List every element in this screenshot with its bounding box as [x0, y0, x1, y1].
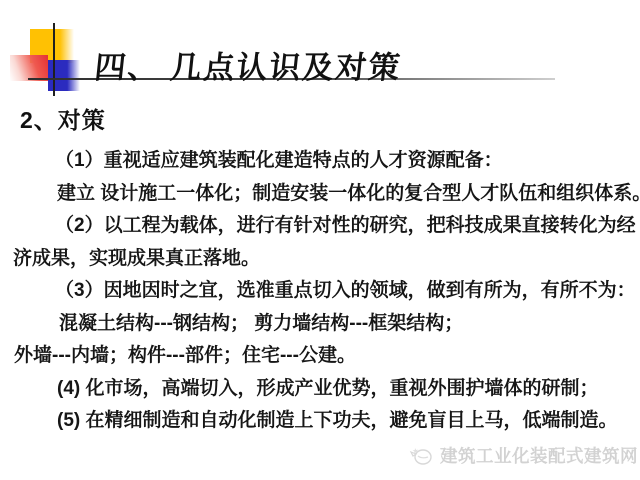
- slide: 四、 几点认识及对策 2、对策 （1）重视适应建筑装配化建造特点的人才资源配备：…: [0, 0, 640, 480]
- body-line-6: 混凝土结构---钢结构； 剪力墙结构---框架结构；: [59, 308, 463, 335]
- body-line-2: 建立 设计施工一体化；制造安装一体化的复合型人才队伍和组织体系。: [57, 178, 640, 205]
- body-line-8: (4) 化市场，高端切入，形成产业优势，重视外围护墙体的研制；: [57, 373, 599, 400]
- body-line-7: 外墙---内墙；构件---部件；住宅---公建。: [14, 340, 356, 367]
- ornament-vertical-line: [53, 23, 55, 96]
- body-line-1: （1）重视适应建筑装配化建造特点的人才资源配备：: [55, 145, 503, 172]
- watermark: 建筑工业化装配式建筑网: [408, 443, 638, 468]
- watermark-text: 建筑工业化装配式建筑网: [440, 443, 638, 468]
- bird-logo-icon: [408, 444, 436, 468]
- slide-title: 四、 几点认识及对策: [93, 42, 404, 87]
- body-line-3: （2）以工程为载体，进行有针对性的研究，把科技成果直接转化为经: [55, 210, 636, 237]
- body-line-5: （3）因地因时之宜，选准重点切入的领域，做到有所为，有所不为：: [55, 275, 636, 302]
- section-heading: 2、对策: [20, 102, 106, 135]
- body-line-4: 济成果，实现成果真正落地。: [13, 243, 260, 270]
- body-line-9: (5) 在精细制造和自动化制造上下功夫，避免盲目上马，低端制造。: [57, 405, 618, 432]
